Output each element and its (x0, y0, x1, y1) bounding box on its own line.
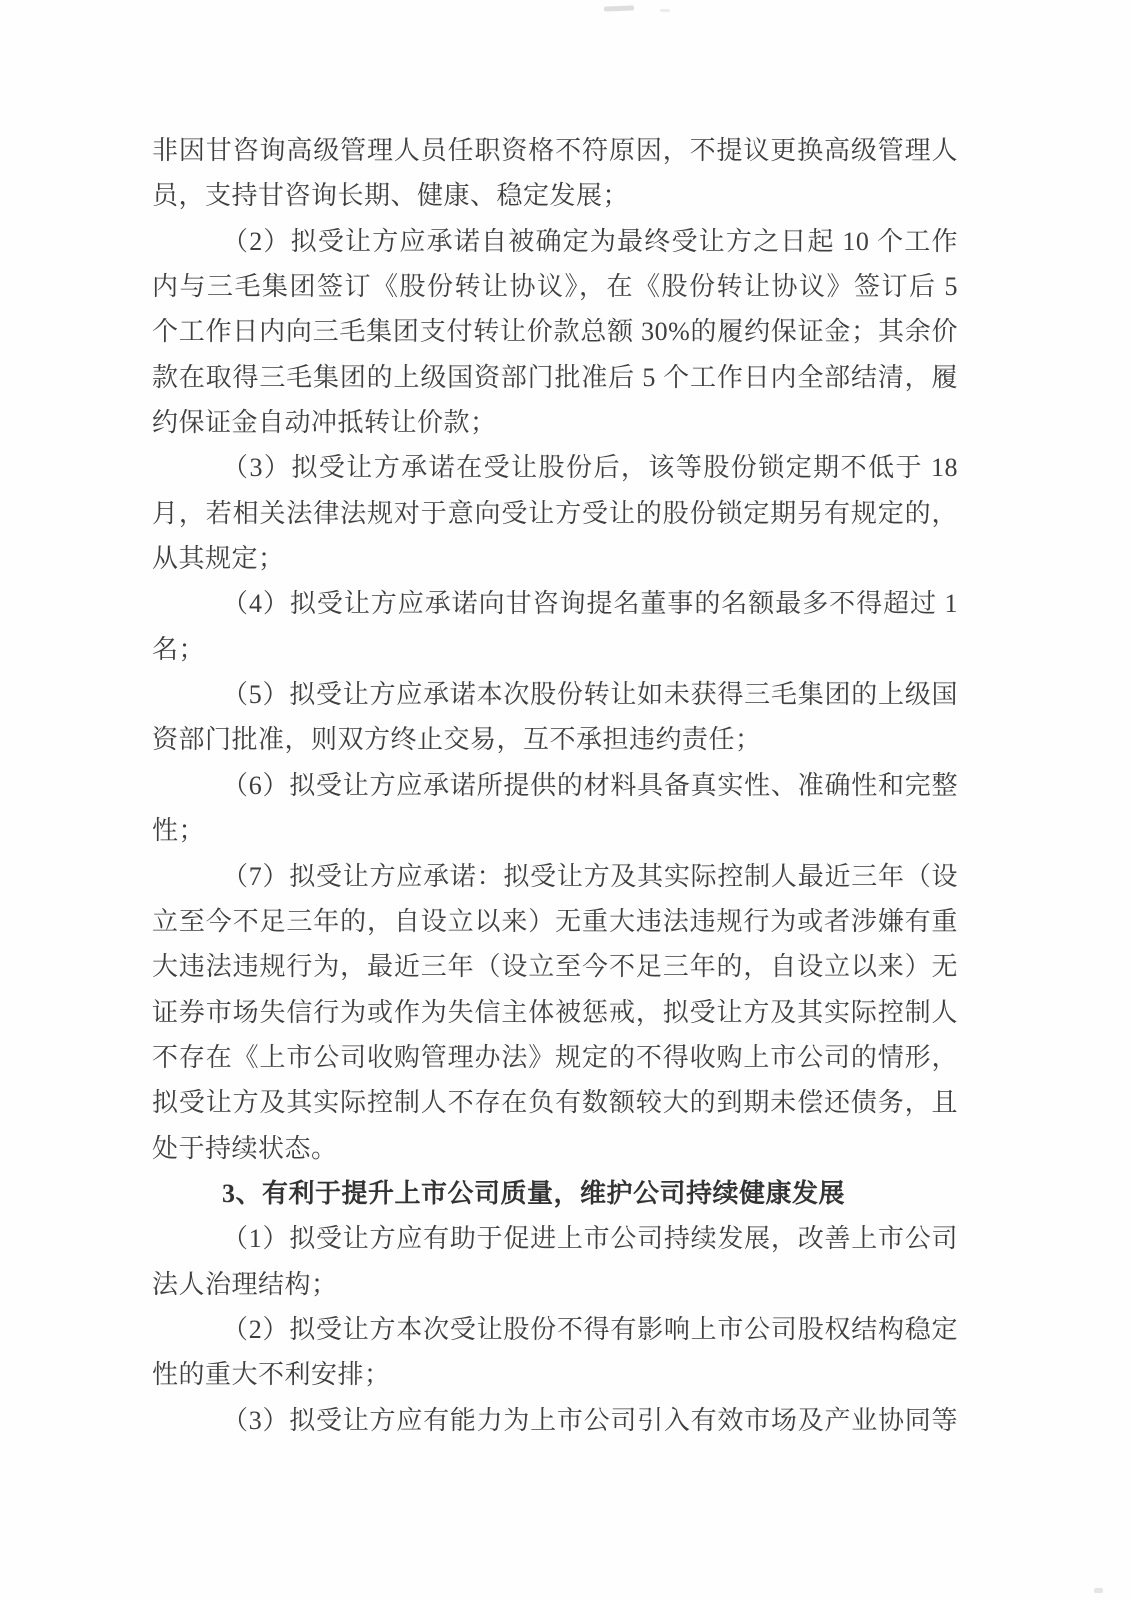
document-body: 非因甘咨询高级管理人员任职资格不符原因，不提议更换高级管理人 员，支持甘咨询长期… (152, 128, 958, 1443)
document-line: 从其规定； (152, 536, 958, 581)
document-line: 拟受让方及其实际控制人不存在负有数额较大的到期未偿还债务，且 (152, 1080, 958, 1125)
scan-speck (1094, 1588, 1103, 1593)
document-line: （3）拟受让方承诺在受让股份后，该等股份锁定期不低于 18 个 (152, 445, 958, 490)
document-line: （3）拟受让方应有能力为上市公司引入有效市场及产业协同等 (152, 1398, 958, 1443)
document-line: 性； (152, 808, 958, 853)
document-line: （2）拟受让方应承诺自被确定为最终受让方之日起 10 个工作日 (152, 219, 958, 264)
document-line: （5）拟受让方应承诺本次股份转让如未获得三毛集团的上级国 (152, 672, 958, 717)
document-line: 内与三毛集团签订《股份转让协议》，在《股份转让协议》签订后 5 (152, 264, 958, 309)
scan-smudge (604, 5, 634, 11)
scan-smudge (660, 9, 670, 12)
document-line: （4）拟受让方应承诺向甘咨询提名董事的名额最多不得超过 1 (152, 581, 958, 626)
document-line: 名； (152, 627, 958, 672)
document-line: 不存在《上市公司收购管理办法》规定的不得收购上市公司的情形， (152, 1035, 958, 1080)
document-line: 证券市场失信行为或作为失信主体被惩戒，拟受让方及其实际控制人 (152, 990, 958, 1035)
section-heading: 3、有利于提升上市公司质量，维护公司持续健康发展 (152, 1171, 958, 1216)
document-line: 法人治理结构； (152, 1262, 958, 1307)
document-line: 大违法违规行为，最近三年（设立至今不足三年的，自设立以来）无 (152, 944, 958, 989)
document-line: 约保证金自动冲抵转让价款； (152, 400, 958, 445)
document-line: （1）拟受让方应有助于促进上市公司持续发展，改善上市公司 (152, 1216, 958, 1261)
document-line: （7）拟受让方应承诺：拟受让方及其实际控制人最近三年（设 (152, 854, 958, 899)
document-line: 性的重大不利安排； (152, 1352, 958, 1397)
document-line: （6）拟受让方应承诺所提供的材料具备真实性、准确性和完整 (152, 763, 958, 808)
document-line: 员，支持甘咨询长期、健康、稳定发展； (152, 173, 958, 218)
document-line: （2）拟受让方本次受让股份不得有影响上市公司股权结构稳定 (152, 1307, 958, 1352)
document-page: 非因甘咨询高级管理人员任职资格不符原因，不提议更换高级管理人 员，支持甘咨询长期… (0, 0, 1131, 1600)
document-line: 资部门批准，则双方终止交易，互不承担违约责任； (152, 717, 958, 762)
document-line: 非因甘咨询高级管理人员任职资格不符原因，不提议更换高级管理人 (152, 128, 958, 173)
document-line: 个工作日内向三毛集团支付转让价款总额 30%的履约保证金；其余价 (152, 309, 958, 354)
document-line: 立至今不足三年的，自设立以来）无重大违法违规行为或者涉嫌有重 (152, 899, 958, 944)
document-line: 款在取得三毛集团的上级国资部门批准后 5 个工作日内全部结清，履 (152, 355, 958, 400)
document-line: 月，若相关法律法规对于意向受让方受让的股份锁定期另有规定的， (152, 491, 958, 536)
document-line: 处于持续状态。 (152, 1126, 958, 1171)
